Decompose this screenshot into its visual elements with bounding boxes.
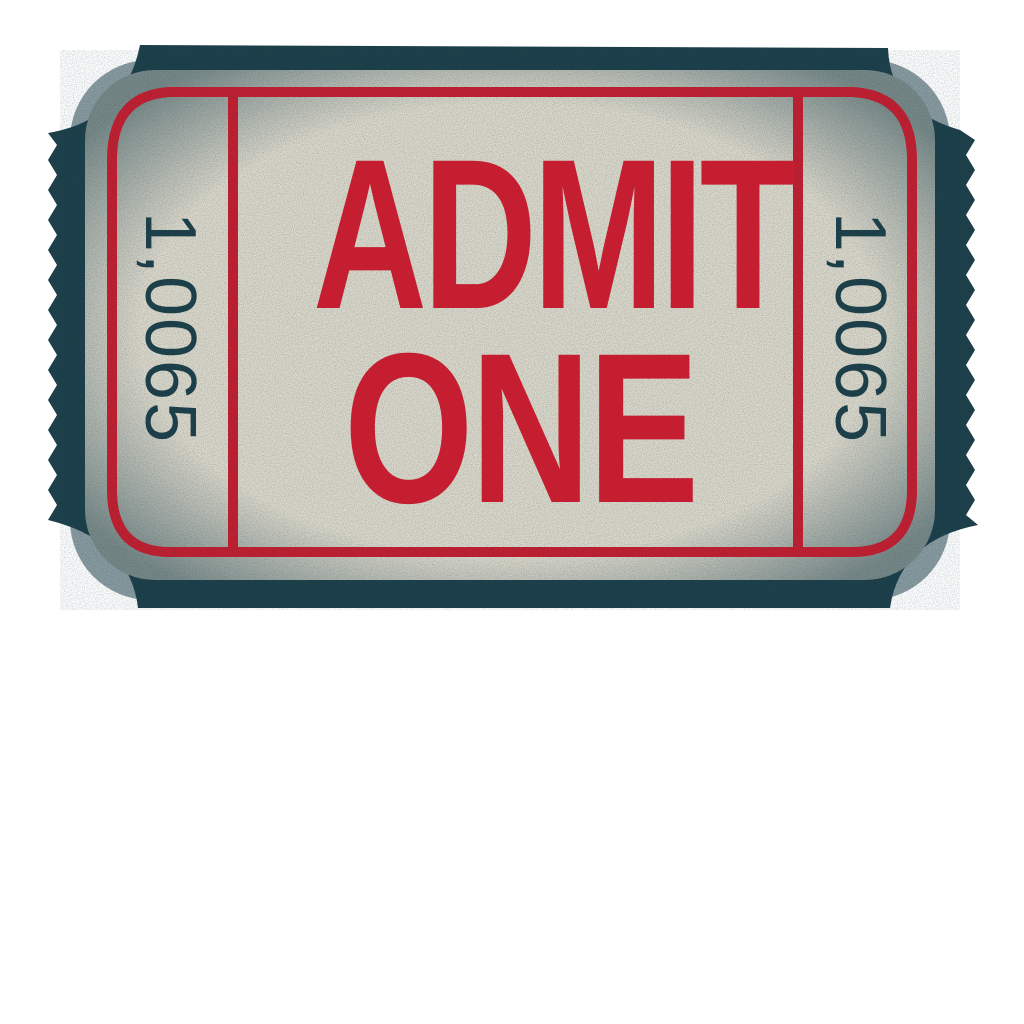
admit-one-ticket: ADMIT ONE 1,0065 1,0065 [0,0,1024,1024]
one-text: ONE [302,322,739,536]
serial-number-left: 1,0065 [134,168,206,488]
serial-number-right: 1,0065 [824,168,896,488]
